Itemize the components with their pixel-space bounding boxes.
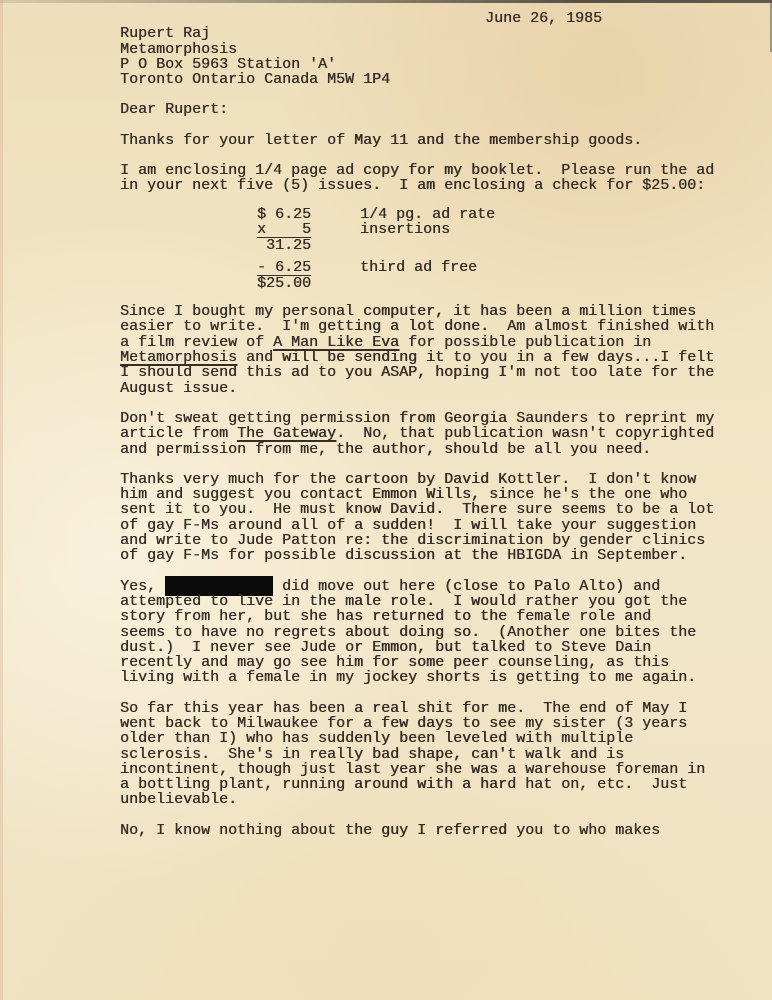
paragraph-redacted-move: Yes, did move out here (close to Palo Al… xyxy=(120,579,735,686)
paragraph-sister-illness: So far this year has been a real shit fo… xyxy=(120,701,735,808)
scan-edge-left xyxy=(0,0,3,1000)
calc-row: $ 6.25 1/4 pg. ad rate xyxy=(257,207,735,222)
calc-row: $25.00 xyxy=(257,276,735,291)
calc-amount: x 5 xyxy=(257,222,311,238)
letter-body: June 26, 1985 Rupert Raj Metamorphosis P… xyxy=(120,11,735,838)
calc-row: 31.25 xyxy=(257,238,735,253)
calc-amount: 31.25 xyxy=(257,238,311,253)
paragraph-permission-gateway: Don't sweat getting permission from Geor… xyxy=(120,411,735,457)
paragraph-cartoon-kottler: Thanks very much for the cartoon by Davi… xyxy=(120,472,735,564)
paragraph-thanks-letter: Thanks for your letter of May 11 and the… xyxy=(120,133,735,148)
calc-note: insertions xyxy=(360,222,450,237)
letter-scan: { "page": { "paper_color": "#f1e3c2", "i… xyxy=(0,0,772,1000)
scan-edge-top xyxy=(0,0,772,3)
calc-note: 1/4 pg. ad rate xyxy=(360,207,495,222)
calc-note: third ad free xyxy=(360,260,477,275)
calc-row: x 5 insertions xyxy=(257,222,735,238)
paragraph-enclosing-ad: I am enclosing 1/4 page ad copy for my b… xyxy=(120,163,735,194)
salutation: Dear Rupert: xyxy=(120,102,735,117)
calc-amount: $ 6.25 xyxy=(257,207,311,222)
paragraph-personal-computer: Since I bought my personal computer, it … xyxy=(120,304,735,396)
calc-amount: $25.00 xyxy=(257,276,311,291)
calc-table: $ 6.25 1/4 pg. ad rate x 5 insertions 31… xyxy=(257,207,735,291)
recipient-address: Rupert Raj Metamorphosis P O Box 5963 St… xyxy=(120,26,735,87)
paragraph-final-line: No, I know nothing about the guy I refer… xyxy=(120,823,735,838)
calc-amount: - 6.25 xyxy=(257,260,311,276)
calc-row: - 6.25 third ad free xyxy=(257,260,735,276)
date-line: June 26, 1985 xyxy=(485,11,735,26)
